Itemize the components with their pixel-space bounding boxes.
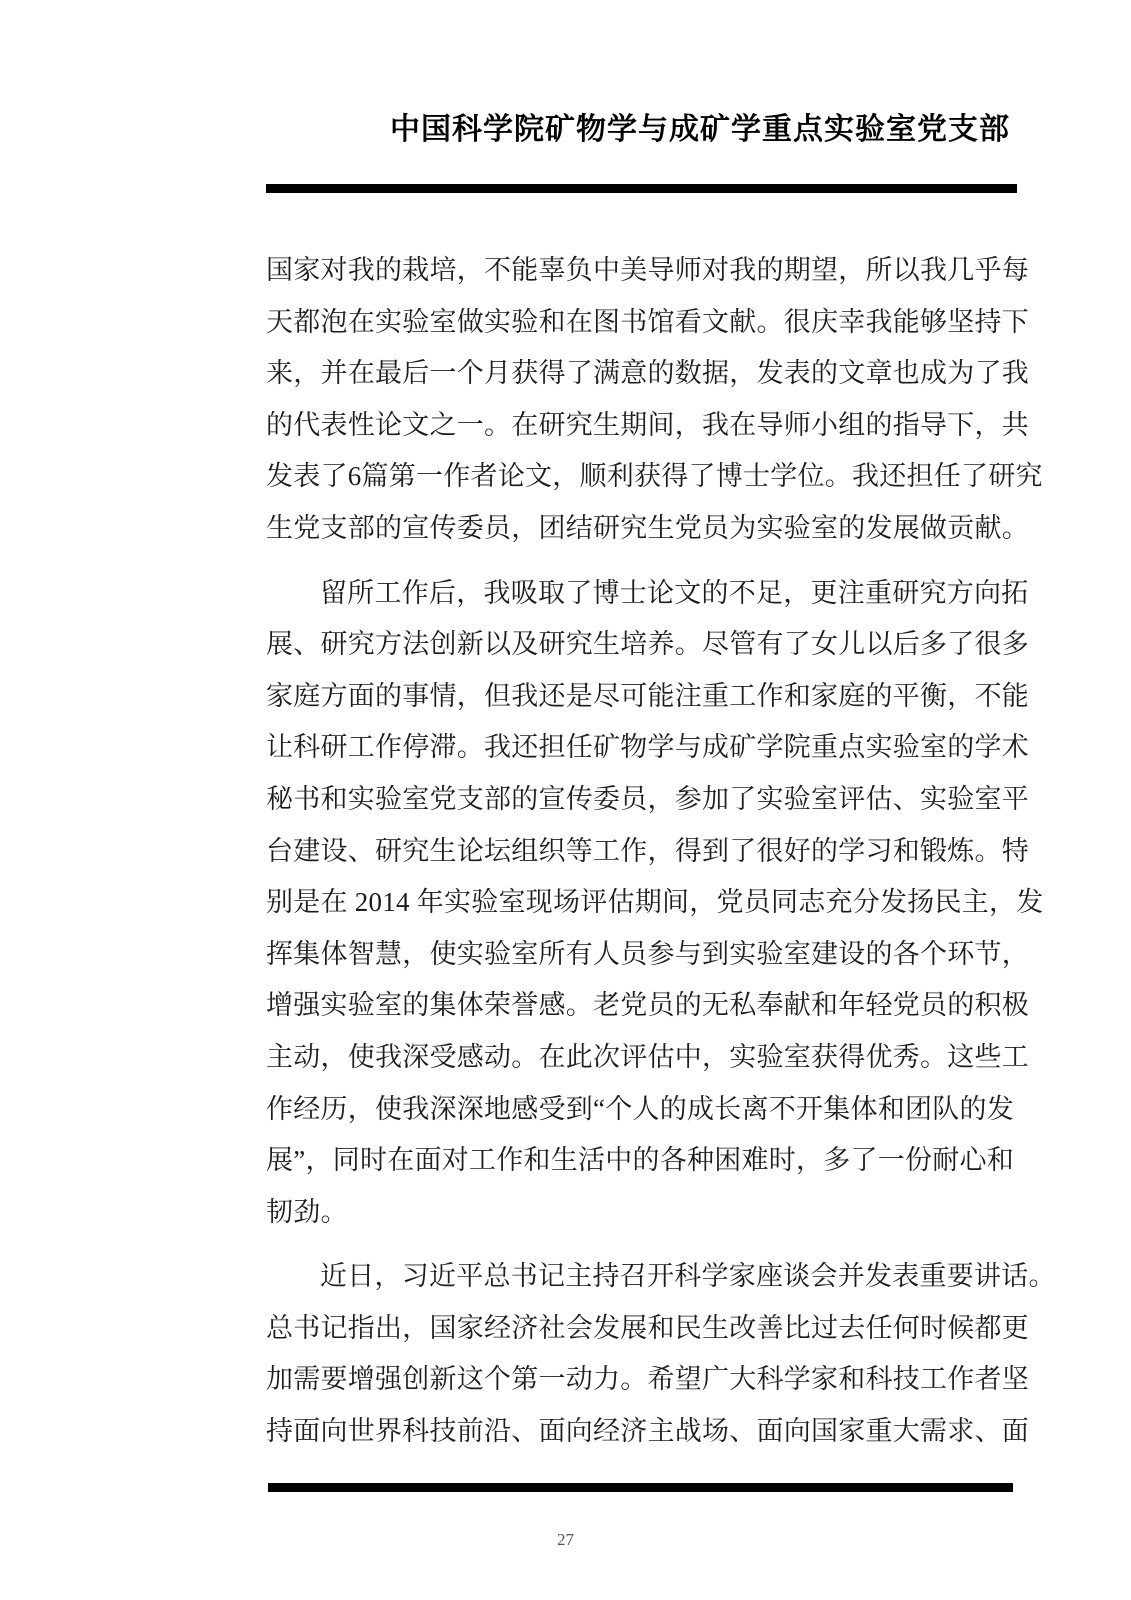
- header-rule: [266, 184, 1017, 193]
- paragraph: 近日，习近平总书记主持召开科学家座谈会并发表重要讲话。总书记指出，国家经济社会发…: [266, 1251, 1028, 1457]
- text-line: 展”，同时在面对工作和生活中的各种困难时，多了一份耐心和: [266, 1135, 1028, 1187]
- text-line: 增强实验室的集体荣誉感。老党员的无私奉献和年轻党员的积极: [266, 980, 1028, 1032]
- text-line: 近日，习近平总书记主持召开科学家座谈会并发表重要讲话。: [266, 1251, 1028, 1303]
- text-line: 国家对我的栽培，不能辜负中美导师对我的期望，所以我几乎每: [266, 245, 1028, 297]
- text-line: 加需要增强创新这个第一动力。希望广大科学家和科技工作者坚: [266, 1354, 1028, 1406]
- text-line: 持面向世界科技前沿、面向经济主战场、面向国家重大需求、面: [266, 1406, 1028, 1458]
- text-line: 生党支部的宣传委员，团结研究生党员为实验室的发展做贡献。: [266, 503, 1028, 555]
- text-line: 韧劲。: [266, 1187, 1028, 1239]
- paragraph: 留所工作后，我吸取了博士论文的不足，更注重研究方向拓展、研究方法创新以及研究生培…: [266, 568, 1028, 1239]
- text-line: 发表了6篇第一作者论文，顺利获得了博士学位。我还担任了研究: [266, 451, 1028, 503]
- text-line: 主动，使我深受感动。在此次评估中，实验室获得优秀。这些工: [266, 1032, 1028, 1084]
- text-line: 的代表性论文之一。在研究生期间，我在导师小组的指导下，共: [266, 400, 1028, 452]
- text-line: 作经历，使我深深地感受到“个人的成长离不开集体和团队的发: [266, 1084, 1028, 1136]
- header-title: 中国科学院矿物学与成矿学重点实验室党支部: [390, 112, 1010, 148]
- text-line: 挥集体智慧，使实验室所有人员参与到实验室建设的各个环节，: [266, 929, 1028, 981]
- text-line: 总书记指出，国家经济社会发展和民生改善比过去任何时候都更: [266, 1303, 1028, 1355]
- text-line: 别是在 2014 年实验室现场评估期间，党员同志充分发扬民主，发: [266, 877, 1028, 929]
- document-page: 中国科学院矿物学与成矿学重点实验室党支部 国家对我的栽培，不能辜负中美导师对我的…: [0, 0, 1131, 1600]
- paragraph: 国家对我的栽培，不能辜负中美导师对我的期望，所以我几乎每天都泡在实验室做实验和在…: [266, 245, 1028, 555]
- text-line: 让科研工作停滞。我还担任矿物学与成矿学院重点实验室的学术: [266, 722, 1028, 774]
- document-body: 国家对我的栽培，不能辜负中美导师对我的期望，所以我几乎每天都泡在实验室做实验和在…: [266, 245, 1028, 1458]
- text-line: 天都泡在实验室做实验和在图书馆看文献。很庆幸我能够坚持下: [266, 297, 1028, 349]
- text-line: 来，并在最后一个月获得了满意的数据，发表的文章也成为了我: [266, 348, 1028, 400]
- text-line: 秘书和实验室党支部的宣传委员，参加了实验室评估、实验室平: [266, 774, 1028, 826]
- text-line: 家庭方面的事情，但我还是尽可能注重工作和家庭的平衡，不能: [266, 671, 1028, 723]
- text-line: 台建设、研究生论坛组织等工作，得到了很好的学习和锻炼。特: [266, 826, 1028, 878]
- page-number: 27: [0, 1530, 1131, 1550]
- text-line: 展、研究方法创新以及研究生培养。尽管有了女儿以后多了很多: [266, 619, 1028, 671]
- text-line: 留所工作后，我吸取了博士论文的不足，更注重研究方向拓: [266, 568, 1028, 620]
- footer-rule: [268, 1483, 1013, 1492]
